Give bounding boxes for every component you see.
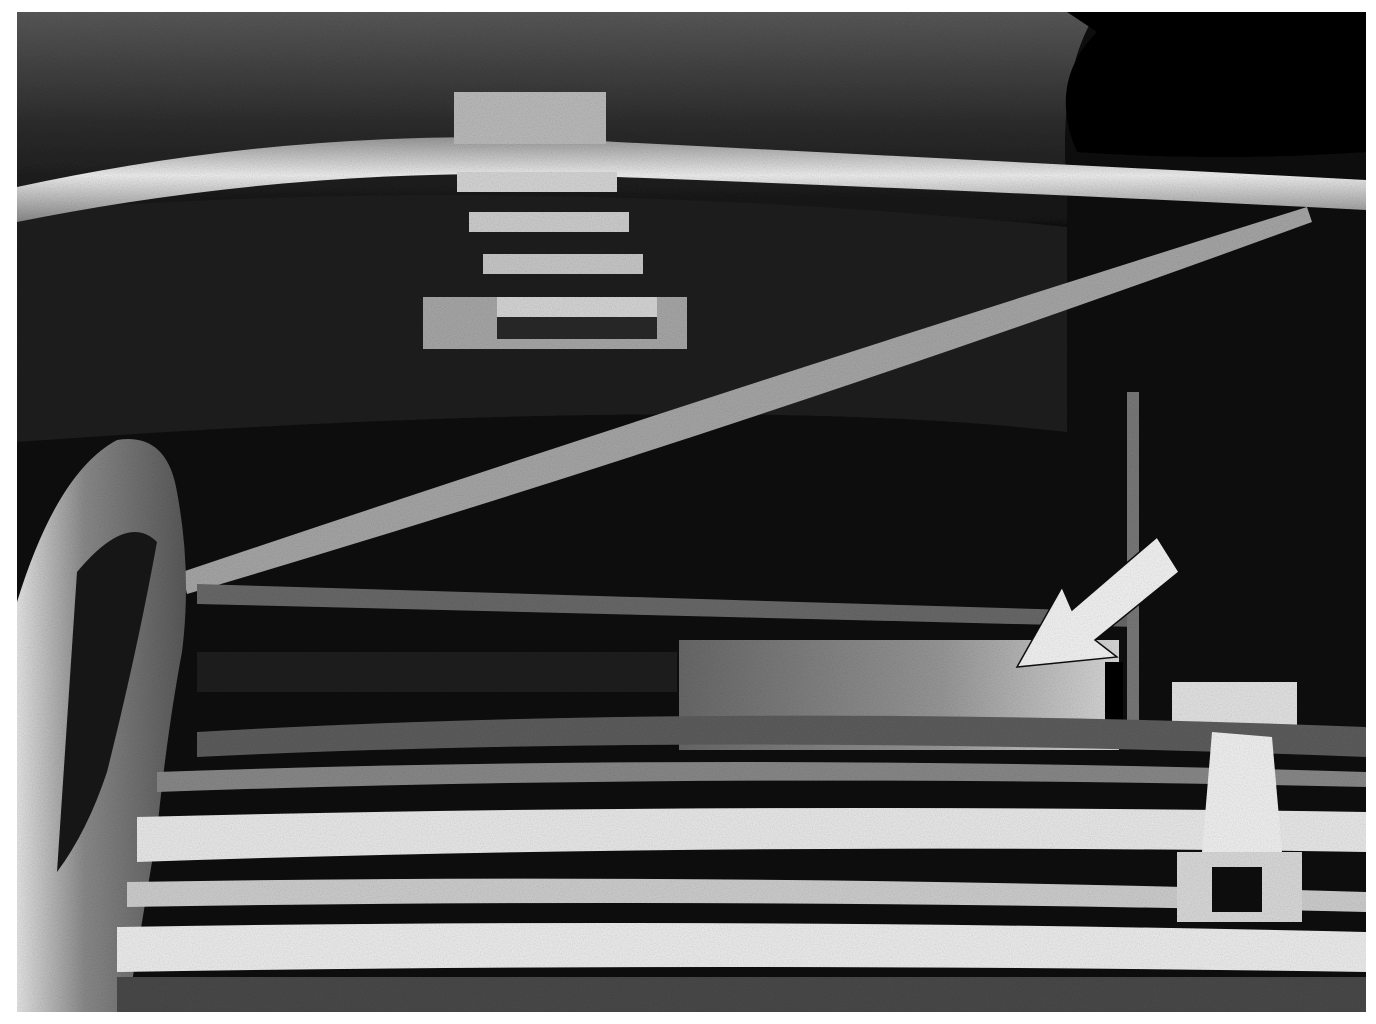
lower-cable-2 bbox=[117, 923, 1366, 972]
photo-illustration bbox=[17, 12, 1366, 1012]
photo bbox=[17, 12, 1366, 1012]
